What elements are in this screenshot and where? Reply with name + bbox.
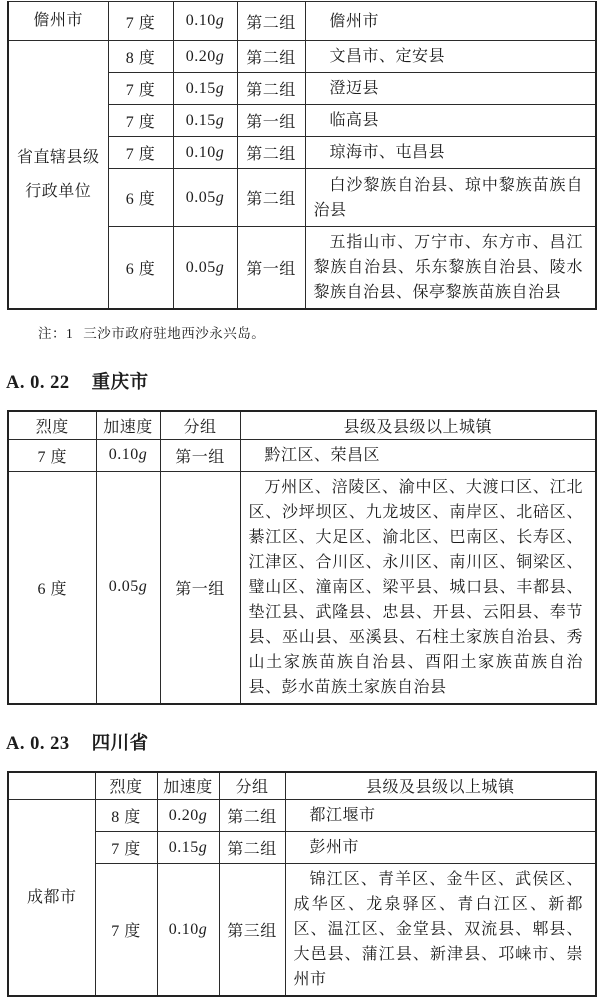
cities-cell: 五指山市、万宁市、东方市、昌江黎族自治县、乐东黎族自治县、陵水黎族自治县、保亭黎…: [305, 227, 596, 310]
cities-cell: 儋州市: [305, 2, 596, 41]
acceleration-cell: 0.15g: [173, 105, 237, 137]
section-heading-a022: A. 0. 22重庆市: [6, 368, 598, 394]
gravity-unit: g: [139, 578, 148, 595]
gravity-unit: g: [216, 12, 225, 29]
gravity-unit: g: [216, 80, 225, 97]
gravity-unit: g: [199, 921, 208, 938]
cities-header: 县级及县级以上城镇: [285, 772, 596, 800]
gravity-unit: g: [216, 112, 225, 129]
intensity-header: 烈度: [8, 411, 96, 439]
acceleration-value: 0.10: [186, 12, 216, 29]
section-number: A. 0. 22: [6, 373, 70, 393]
table-row: 成都市 8 度 0.20g 第二组 都江堰市: [8, 800, 596, 832]
acceleration-cell: 0.10g: [157, 864, 219, 997]
group-cell: 第二组: [237, 41, 305, 73]
acceleration-value: 0.10: [186, 144, 216, 161]
cities-header: 县级及县级以上城镇: [240, 411, 596, 439]
section-title: 四川省: [92, 732, 149, 753]
acceleration-value: 0.15: [186, 80, 216, 97]
group-cell: 第一组: [160, 471, 240, 704]
intensity-cell: 7 度: [108, 73, 173, 105]
acceleration-value: 0.20: [169, 807, 199, 824]
acceleration-value: 0.20: [186, 48, 216, 65]
acceleration-header: 加速度: [157, 772, 219, 800]
cities-cell: 锦江区、青羊区、金牛区、武侯区、成华区、龙泉驿区、青白江区、新都区、温江区、金堂…: [285, 864, 596, 997]
region-header-blank: [8, 772, 95, 800]
sichuan-table: 烈度 加速度 分组 县级及县级以上城镇 成都市 8 度 0.20g 第二组 都江…: [7, 771, 597, 997]
note-label: 注：1: [38, 326, 73, 341]
intensity-cell: 6 度: [8, 471, 96, 704]
gravity-unit: g: [216, 144, 225, 161]
group-cell: 第二组: [237, 137, 305, 169]
intensity-cell: 6 度: [108, 227, 173, 310]
cities-cell: 黔江区、荣昌区: [240, 439, 596, 471]
acceleration-cell: 0.05g: [173, 169, 237, 227]
table-note: 注：1三沙市政府驻地西沙永兴岛。: [38, 322, 598, 342]
group-header: 分组: [160, 411, 240, 439]
acceleration-value: 0.10: [169, 921, 199, 938]
region-cell-danzhou: 儋州市: [8, 2, 108, 41]
cities-cell: 琼海市、屯昌县: [305, 137, 596, 169]
group-header: 分组: [219, 772, 285, 800]
intensity-cell: 7 度: [108, 137, 173, 169]
intensity-cell: 7 度: [108, 2, 173, 41]
acceleration-cell: 0.10g: [173, 2, 237, 41]
cities-cell: 临高县: [305, 105, 596, 137]
gravity-unit: g: [199, 807, 208, 824]
gravity-unit: g: [216, 259, 225, 276]
acceleration-value: 0.05: [186, 189, 216, 206]
section-number: A. 0. 23: [6, 734, 70, 754]
table-row: 儋州市 7 度 0.10g 第二组 儋州市: [8, 2, 596, 41]
group-cell: 第二组: [219, 832, 285, 864]
acceleration-cell: 0.10g: [96, 439, 160, 471]
region-cell-provincial-counties: 省直辖县级行政单位: [8, 41, 108, 310]
gravity-unit: g: [216, 189, 225, 206]
intensity-cell: 7 度: [108, 105, 173, 137]
group-cell: 第一组: [160, 439, 240, 471]
note-text: 三沙市政府驻地西沙永兴岛。: [83, 326, 265, 341]
table-row: 7 度 0.15g 第二组 彭州市: [8, 832, 596, 864]
acceleration-cell: 0.20g: [173, 41, 237, 73]
acceleration-cell: 0.20g: [157, 800, 219, 832]
acceleration-value: 0.05: [186, 259, 216, 276]
cities-cell: 澄迈县: [305, 73, 596, 105]
acceleration-header: 加速度: [96, 411, 160, 439]
table-row: 7 度 0.10g 第一组 黔江区、荣昌区: [8, 439, 596, 471]
intensity-header: 烈度: [95, 772, 157, 800]
hainan-region-table: 儋州市 7 度 0.10g 第二组 儋州市 省直辖县级行政单位 8 度 0.20…: [7, 1, 597, 310]
cities-cell: 万州区、涪陵区、渝中区、大渡口区、江北区、沙坪坝区、九龙坡区、南岸区、北碚区、綦…: [240, 471, 596, 704]
chongqing-table: 烈度 加速度 分组 县级及县级以上城镇 7 度 0.10g 第一组 黔江区、荣昌…: [7, 410, 597, 705]
intensity-cell: 8 度: [108, 41, 173, 73]
acceleration-cell: 0.05g: [96, 471, 160, 704]
cities-cell: 文昌市、定安县: [305, 41, 596, 73]
group-cell: 第二组: [219, 800, 285, 832]
cities-cell: 白沙黎族自治县、琼中黎族苗族自治县: [305, 169, 596, 227]
intensity-cell: 8 度: [95, 800, 157, 832]
acceleration-cell: 0.15g: [157, 832, 219, 864]
acceleration-cell: 0.10g: [173, 137, 237, 169]
table-row: 6 度 0.05g 第一组 万州区、涪陵区、渝中区、大渡口区、江北区、沙坪坝区、…: [8, 471, 596, 704]
cities-cell: 都江堰市: [285, 800, 596, 832]
acceleration-cell: 0.15g: [173, 73, 237, 105]
section-heading-a023: A. 0. 23四川省: [6, 729, 598, 755]
table-row: 省直辖县级行政单位 8 度 0.20g 第二组 文昌市、定安县: [8, 41, 596, 73]
intensity-cell: 7 度: [95, 832, 157, 864]
group-cell: 第二组: [237, 169, 305, 227]
table-header-row: 烈度 加速度 分组 县级及县级以上城镇: [8, 411, 596, 439]
acceleration-value: 0.15: [186, 112, 216, 129]
acceleration-value: 0.15: [169, 839, 199, 856]
group-cell: 第一组: [237, 105, 305, 137]
section-title: 重庆市: [92, 371, 149, 392]
cities-cell: 彭州市: [285, 832, 596, 864]
acceleration-value: 0.05: [109, 578, 139, 595]
acceleration-value: 0.10: [109, 446, 139, 463]
gravity-unit: g: [216, 48, 225, 65]
gravity-unit: g: [139, 446, 148, 463]
group-cell: 第三组: [219, 864, 285, 997]
table-header-row: 烈度 加速度 分组 县级及县级以上城镇: [8, 772, 596, 800]
intensity-cell: 6 度: [108, 169, 173, 227]
group-cell: 第二组: [237, 73, 305, 105]
intensity-cell: 7 度: [95, 864, 157, 997]
group-cell: 第二组: [237, 2, 305, 41]
intensity-cell: 7 度: [8, 439, 96, 471]
table-row: 7 度 0.10g 第三组 锦江区、青羊区、金牛区、武侯区、成华区、龙泉驿区、青…: [8, 864, 596, 997]
acceleration-cell: 0.05g: [173, 227, 237, 310]
region-cell-chengdu: 成都市: [8, 800, 95, 997]
group-cell: 第一组: [237, 227, 305, 310]
gravity-unit: g: [199, 839, 208, 856]
